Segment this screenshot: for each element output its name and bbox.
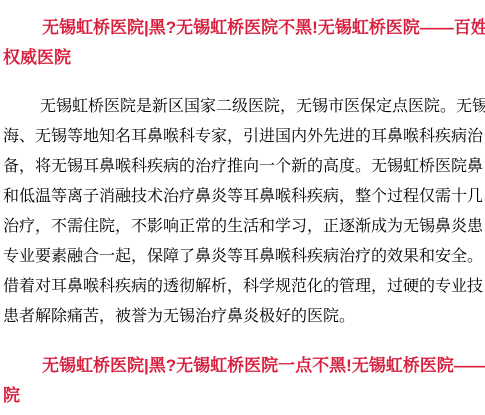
paragraph-line: 和低温等离子消融技术治疗鼻炎等耳鼻喉科疾病，整个过程仅需十几	[3, 182, 485, 212]
paragraph-line: 借着对耳鼻喉科疾病的透彻解析，科学规范化的管理，过硬的专业技	[3, 272, 485, 302]
paragraph-line: 专业要素融合一起，保障了鼻炎等耳鼻喉科疾病治疗的效果和安全。	[3, 242, 485, 272]
article-title-top: 无锡虹桥医院|黑?无锡虹桥医院不黑!无锡虹桥医院——百姓 权威医院	[3, 13, 485, 73]
paragraph-line: 患者解除痛苦，被誉为无锡治疗鼻炎极好的医院。	[3, 302, 485, 332]
paragraph-line: 备，将无锡耳鼻喉科疾病的治疗推向一个新的高度。无锡虹桥医院鼻	[3, 152, 485, 182]
article-title-bottom: 无锡虹桥医院|黑?无锡虹桥医院一点不黑!无锡虹桥医院—— 院	[3, 351, 485, 411]
heading-bottom-line-2: 院	[3, 381, 485, 411]
article-page: 无锡虹桥医院|黑?无锡虹桥医院不黑!无锡虹桥医院——百姓 权威医院 无锡虹桥医院…	[0, 0, 485, 415]
heading-top-line-1: 无锡虹桥医院|黑?无锡虹桥医院不黑!无锡虹桥医院——百姓	[3, 13, 485, 43]
paragraph-line: 治疗，不需住院，不影响正常的生活和学习，正逐渐成为无锡鼻炎患	[3, 212, 485, 242]
paragraph-line: 海、无锡等地知名耳鼻喉科专家，引进国内外先进的耳鼻喉科疾病治	[3, 122, 485, 152]
heading-top-line-2: 权威医院	[3, 43, 485, 73]
paragraph-line: 无锡虹桥医院是新区国家二级医院，无锡市医保定点医院。无锡	[3, 92, 485, 122]
article-paragraph: 无锡虹桥医院是新区国家二级医院，无锡市医保定点医院。无锡 海、无锡等地知名耳鼻喉…	[3, 92, 485, 332]
heading-bottom-line-1: 无锡虹桥医院|黑?无锡虹桥医院一点不黑!无锡虹桥医院——	[3, 351, 485, 381]
